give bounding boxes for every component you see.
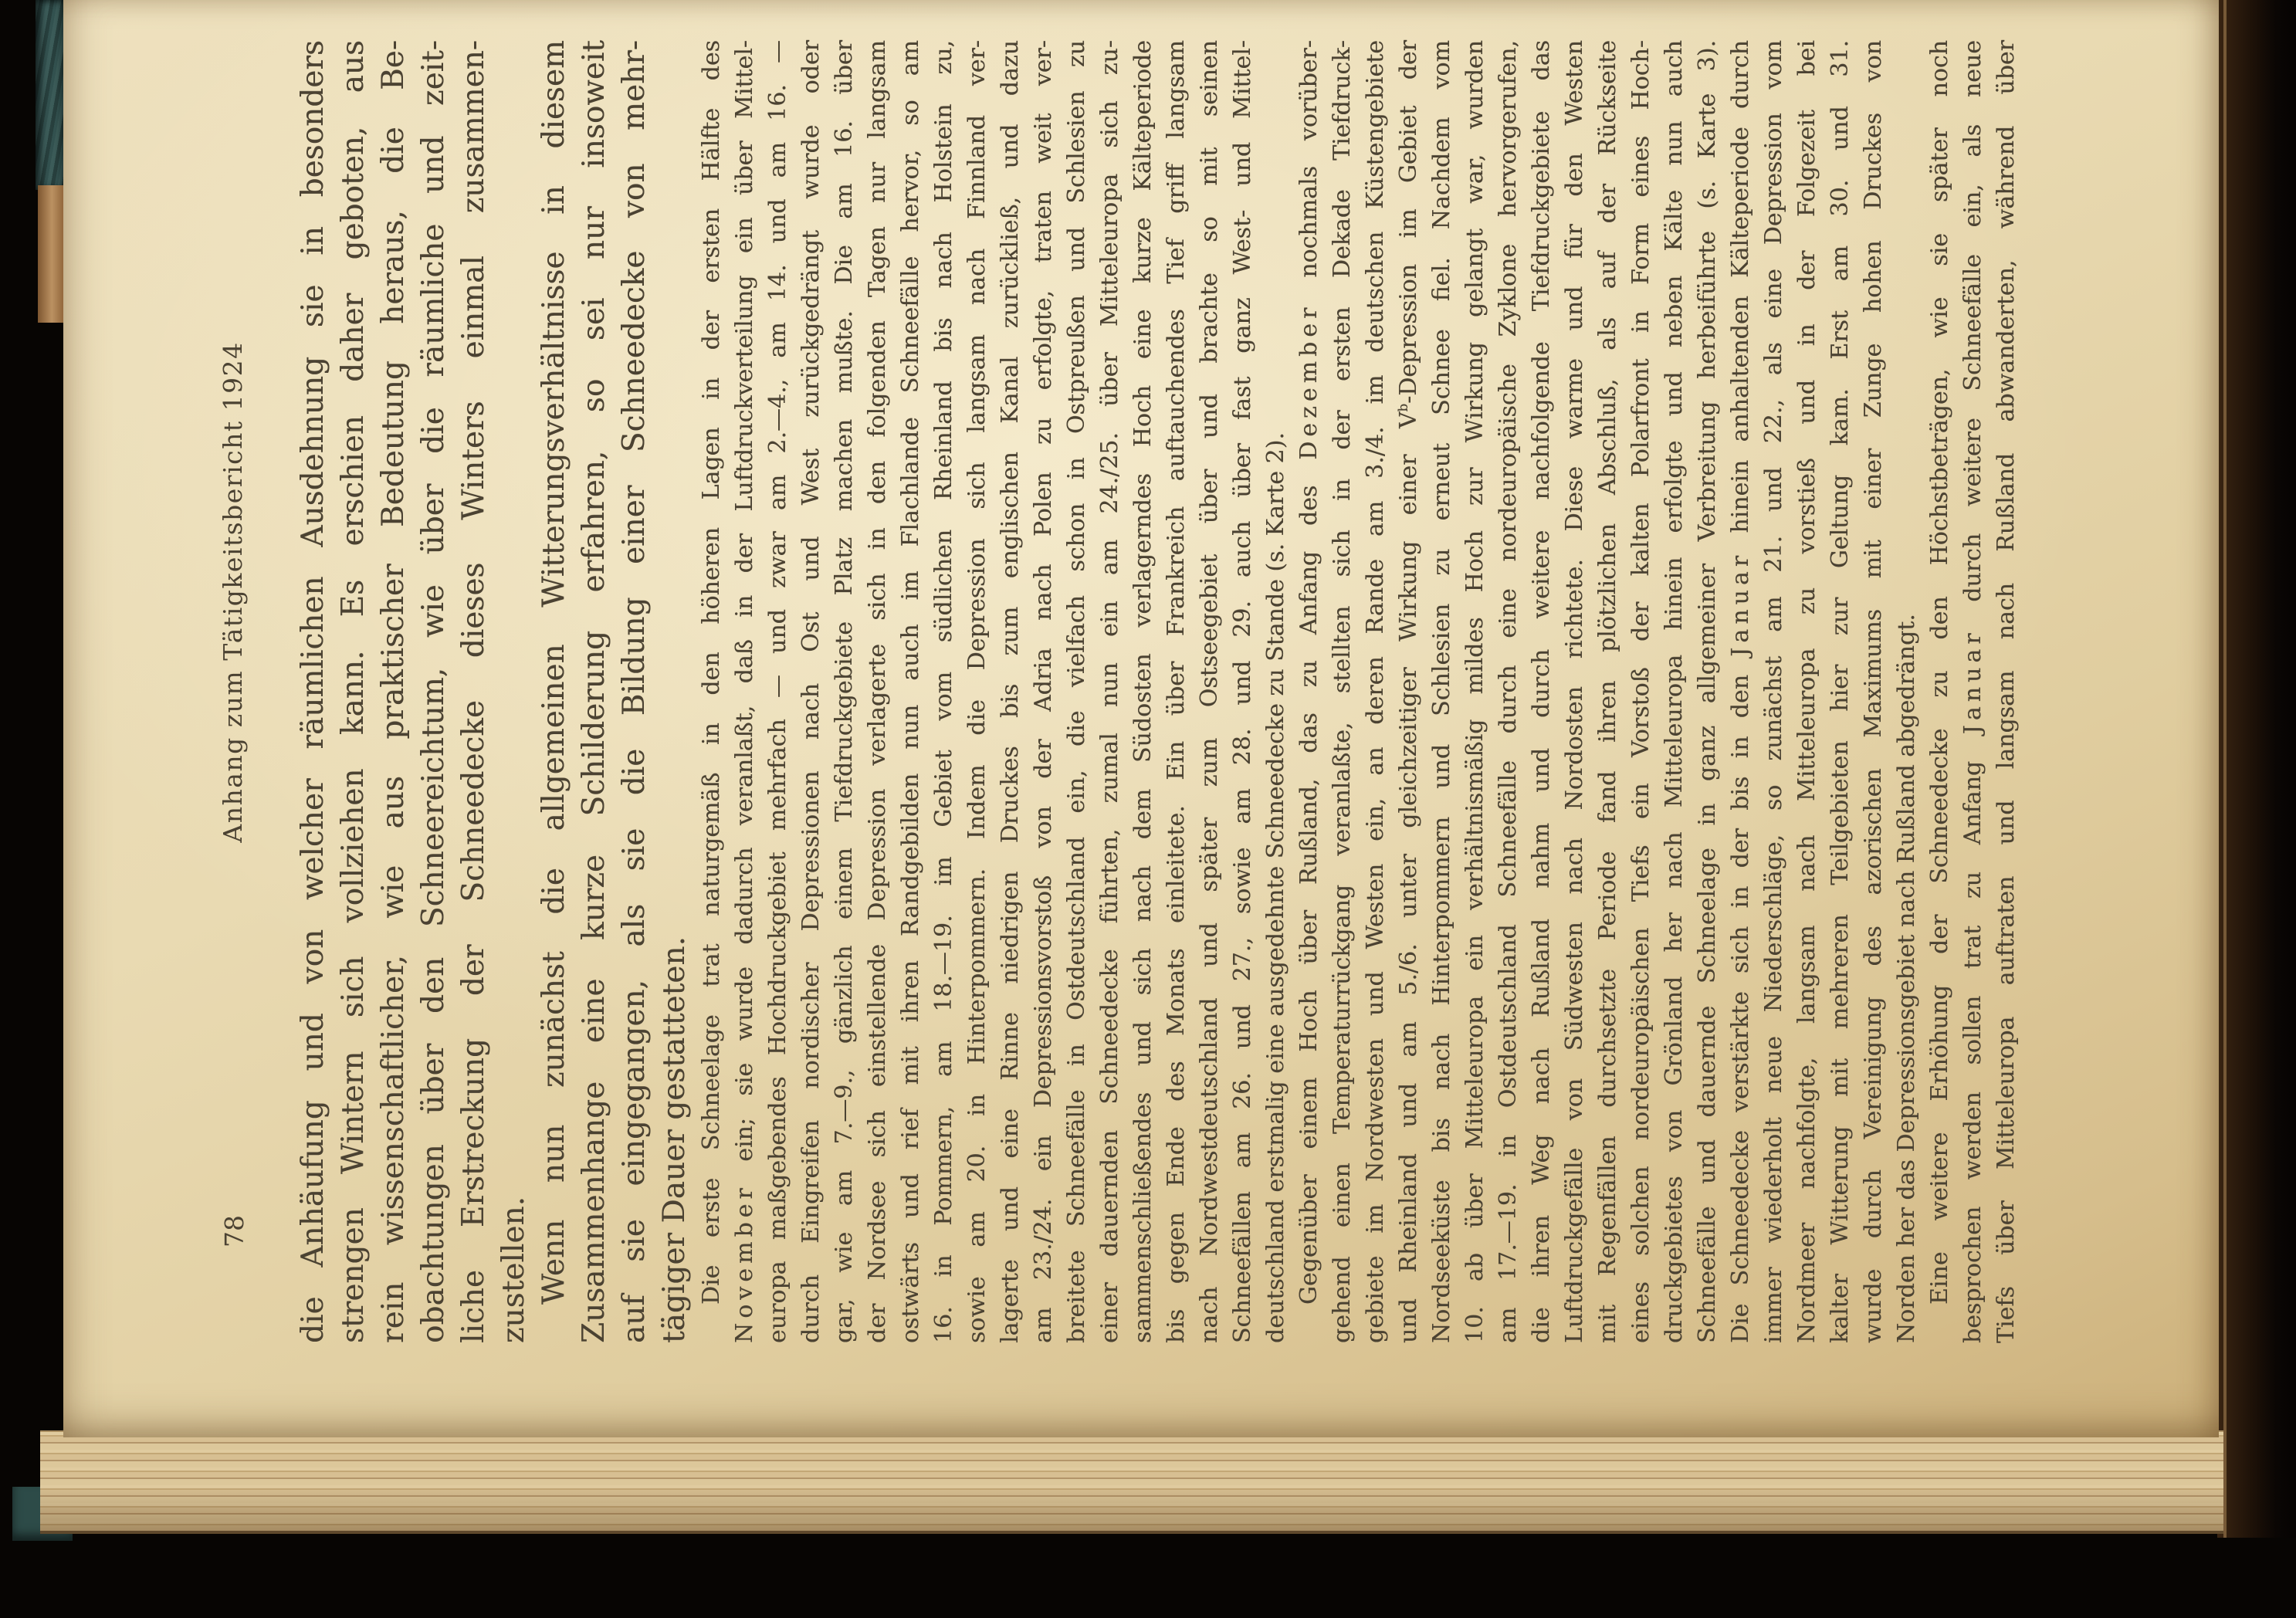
- text-line: Gegenüber einem Hoch über Rußland, das z…: [1292, 40, 1326, 1343]
- text-line: sowie am 20. in Hinterpommern. Indem die…: [960, 40, 994, 1343]
- book-block-edge: [2217, 0, 2296, 1538]
- paragraph: Gegenüber einem Hoch über Rußland, das z…: [1292, 40, 1923, 1343]
- text-line: auf sie eingegangen, als sie die Bildung…: [615, 40, 655, 1343]
- text-line: Tiefs über Mitteleuropa auftraten und la…: [1990, 40, 2023, 1343]
- text-line: Norden her das Depressionsgebiet nach Ru…: [1890, 40, 1923, 1343]
- page-content: 78 Anhang zum Tätigkeitsbericht 1924 die…: [63, 0, 2217, 1437]
- text-line: breitete Schneefälle in Ostdeutschland e…: [1060, 40, 1093, 1343]
- text-line: Eine weitere Erhöhung der Schneedecke zu…: [1923, 40, 1956, 1343]
- text-line: druckgebietes von Grönland her nach Mitt…: [1658, 40, 1691, 1343]
- text-line: sammenschließendes und sich nach dem Süd…: [1126, 40, 1160, 1343]
- text-line: gar, wie am 7.—9., gänzlich einem Tiefdr…: [828, 40, 861, 1343]
- running-head: Anhang zum Tätigkeitsbericht 1924: [218, 13, 248, 1171]
- text-line: einer dauernden Schneedecke führten, zum…: [1093, 40, 1126, 1343]
- text-line: am 23./24. ein Depressionsvorstoß von de…: [1027, 40, 1060, 1343]
- text-line: nach Nordwestdeutschland und später zum …: [1193, 40, 1226, 1343]
- text-line: eines solchen nordeuropäischen Tiefs ein…: [1624, 40, 1658, 1343]
- text-line: Luftdruckgefälle von Südwesten nach Nord…: [1558, 40, 1591, 1343]
- text-line: November ein; sie wurde dadurch veranlaß…: [728, 40, 761, 1343]
- text-line: der Nordsee sich einstellende Depression…: [861, 40, 894, 1343]
- page-number: 78: [219, 1215, 249, 1247]
- text-line: durch Eingreifen nordischer Depressionen…: [794, 40, 828, 1343]
- text-line: liche Erstreckung der Schneedecke dieses…: [454, 40, 494, 1343]
- text-line: Zusammenhange eine kurze Schilderung erf…: [574, 40, 615, 1343]
- text-line: immer wiederholt neue Niederschläge, so …: [1757, 40, 1790, 1343]
- book-cover-edge: [36, 0, 66, 190]
- text-line: 10. ab über Mitteleuropa ein verhältnism…: [1458, 40, 1492, 1343]
- text-line: Nordseeküste bis nach Hinterpommern und …: [1425, 40, 1458, 1343]
- text-line: strengen Wintern sich vollziehen kann. E…: [334, 40, 374, 1343]
- text-line: die Anhäufung und von welcher räumlichen…: [293, 40, 334, 1343]
- text-line: Schneefälle und dauernde Schneelage in g…: [1691, 40, 1724, 1343]
- text-body: die Anhäufung und von welcher räumlichen…: [293, 40, 2023, 1343]
- text-line: lagerte und eine Rinne niedrigen Druckes…: [994, 40, 1027, 1343]
- text-line: rein wissenschaftlicher, wie aus praktis…: [374, 40, 414, 1343]
- text-line: deutschland erstmalig eine ausgedehnte S…: [1259, 40, 1292, 1343]
- text-line: die ihren Weg nach Rußland nahm und durc…: [1525, 40, 1558, 1343]
- paragraph: Wenn nun zunächst die allgemeinen Witter…: [534, 40, 695, 1343]
- text-line: gebiete im Nordwesten und Westen ein, an…: [1359, 40, 1392, 1343]
- text-line: 16. in Pommern, am 18.—19. im Gebiet vom…: [927, 40, 960, 1343]
- text-line: gehend einen Temperaturrückgang veranlaß…: [1326, 40, 1359, 1343]
- text-line: Schneefällen am 26. und 27., sowie am 28…: [1226, 40, 1259, 1343]
- text-line: am 17.—19. in Ostdeutschland Schneefälle…: [1492, 40, 1525, 1343]
- text-line: besprochen werden sollen trat zu Anfang …: [1956, 40, 1990, 1343]
- page-stack-edge: [40, 1430, 2223, 1534]
- text-line: wurde durch Vereinigung des azorischen M…: [1857, 40, 1890, 1343]
- text-line: und Rheinland und am 5./6. unter gleichz…: [1392, 40, 1425, 1343]
- text-line: europa maßgebendes Hochdruckgebiet mehrf…: [761, 40, 794, 1343]
- text-line: Wenn nun zunächst die allgemeinen Witter…: [534, 40, 574, 1343]
- text-line: bis gegen Ende des Monats einleitete. Ei…: [1160, 40, 1193, 1343]
- text-line: kalter Witterung mit mehreren Teilgebiet…: [1824, 40, 1857, 1343]
- book-spine-fragment: [38, 185, 63, 323]
- text-line: Die erste Schneelage trat naturgemäß in …: [695, 40, 728, 1343]
- paragraph: Eine weitere Erhöhung der Schneedecke zu…: [1923, 40, 2023, 1343]
- text-line: Nordmeer nachfolgte, langsam nach Mittel…: [1790, 40, 1824, 1343]
- paragraph: die Anhäufung und von welcher räumlichen…: [293, 40, 534, 1343]
- text-line: zustellen.: [494, 40, 534, 1343]
- text-line: tägiger Dauer gestatteten.: [655, 40, 695, 1343]
- text-line: obachtungen über den Schneereichtum, wie…: [414, 40, 454, 1343]
- text-line: ostwärts und rief mit ihren Randgebilden…: [894, 40, 927, 1343]
- text-line: mit Regenfällen durchsetzte Periode fand…: [1591, 40, 1624, 1343]
- paragraph: Die erste Schneelage trat naturgemäß in …: [695, 40, 1292, 1343]
- photo-background: 78 Anhang zum Tätigkeitsbericht 1924 die…: [0, 0, 2296, 1618]
- text-line: Die Schneedecke verstärkte sich in der b…: [1724, 40, 1757, 1343]
